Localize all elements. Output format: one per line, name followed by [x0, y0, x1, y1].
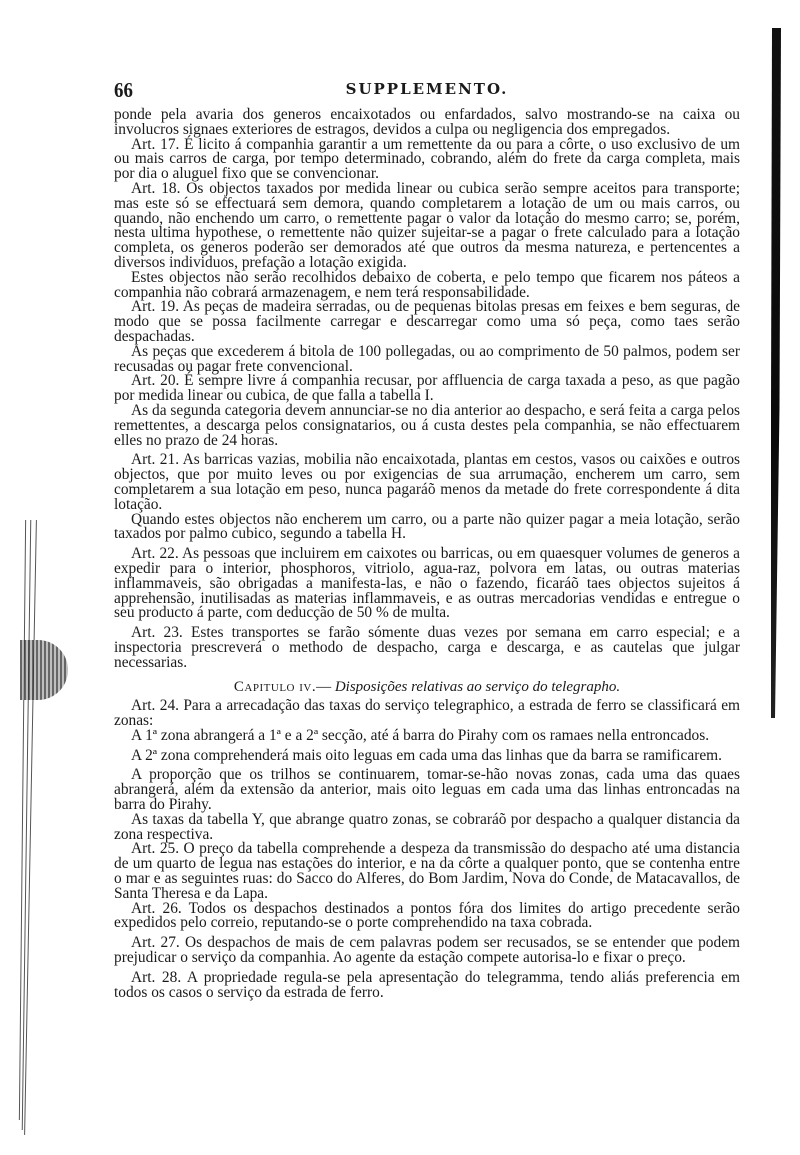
- paragraph-art26: Art. 26. Todos os despachos destinados a…: [114, 902, 740, 932]
- chapter-heading: Capitulo iv.— Disposições relativas ao s…: [114, 680, 740, 695]
- paragraph-art24: Art. 24. Para a arrecadação das taxas do…: [114, 699, 740, 729]
- paragraph-group-chapter-iv: Art. 24. Para a arrecadação das taxas do…: [114, 699, 740, 1000]
- paragraph-art20: Art. 20. É sempre livre á companhia recu…: [114, 374, 740, 404]
- paragraph-art21: Art. 21. As barricas vazias, mobilia não…: [114, 453, 740, 512]
- paragraph-art25: Art. 25. O preço da tabella comprehende …: [114, 842, 740, 901]
- paragraph-art24d: As taxas da tabella Y, que abrange quatr…: [114, 813, 740, 843]
- paragraph-art24a: A 1ª zona abrangerá a 1ª e a 2ª secção, …: [114, 729, 740, 744]
- paragraph-art24b: A 2ª zona comprehenderá mais oito leguas…: [114, 749, 740, 764]
- page-header: 66 SUPPLEMENTO.: [114, 78, 740, 104]
- paragraph-art19: Art. 19. As peças de madeira serradas, o…: [114, 300, 740, 344]
- binding-clip-artifact: [20, 640, 68, 700]
- paragraph-art19b: As peças que excederem á bitola de 100 p…: [114, 345, 740, 375]
- paragraph-art20b: As da segunda categoria devem annunciar-…: [114, 404, 740, 448]
- running-head: SUPPLEMENTO.: [114, 80, 740, 98]
- paragraph-cont: ponde pela avaria dos generos encaixotad…: [114, 108, 740, 138]
- scanned-page: 66 SUPPLEMENTO. ponde pela avaria dos ge…: [0, 0, 800, 1155]
- chapter-dash: —: [316, 679, 331, 695]
- scan-edge-shadow: [771, 28, 781, 718]
- paragraph-group-chapter-iii: ponde pela avaria dos generos encaixotad…: [114, 108, 740, 670]
- paragraph-art24c: A proporção que os trilhos se continuare…: [114, 768, 740, 812]
- paragraph-art23: Art. 23. Estes transportes se farão sóme…: [114, 626, 740, 670]
- paragraph-art27: Art. 27. Os despachos de mais de cem pal…: [114, 936, 740, 966]
- paragraph-art18b: Estes objectos não serão recolhidos deba…: [114, 271, 740, 301]
- paragraph-art21b: Quando estes objectos não encherem um ca…: [114, 513, 740, 543]
- chapter-label: Capitulo iv.: [234, 679, 316, 695]
- paragraph-art22: Art. 22. As pessoas que incluirem em cai…: [114, 547, 740, 621]
- paragraph-art28: Art. 28. A propriedade regula-se pela ap…: [114, 971, 740, 1001]
- binding-lines: [10, 520, 50, 1140]
- paragraph-art18: Art. 18. Os objectos taxados por medida …: [114, 182, 740, 271]
- body-text: ponde pela avaria dos generos encaixotad…: [114, 108, 740, 1000]
- chapter-title: Disposições relativas ao serviço do tele…: [335, 679, 620, 695]
- paragraph-art17: Art. 17. É licito á companhia garantir a…: [114, 138, 740, 182]
